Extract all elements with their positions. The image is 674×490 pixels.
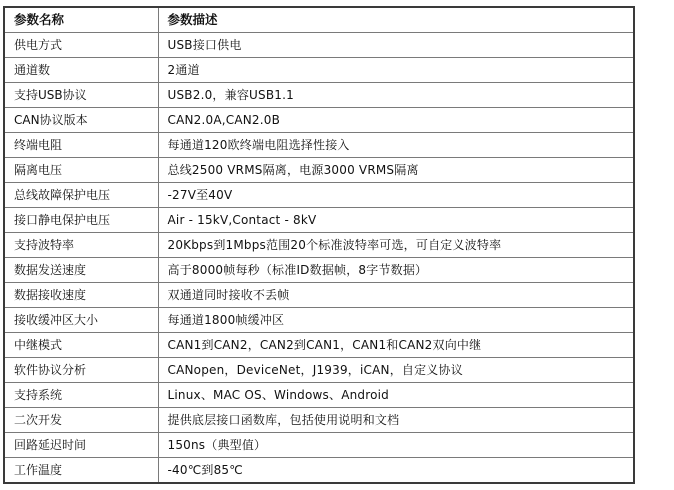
table-row: CAN协议版本CAN2.0A,CAN2.0B	[4, 108, 634, 133]
table-row: 隔离电压总线2500 VRMS隔离，电源3000 VRMS隔离	[4, 158, 634, 183]
param-value: 高于8000帧每秒（标准ID数据帧，8字节数据）	[158, 258, 634, 283]
param-name: 接收缓冲区大小	[4, 308, 158, 333]
param-name: 终端电阻	[4, 133, 158, 158]
header-param-name: 参数名称	[4, 7, 158, 33]
param-value: -40℃到85℃	[158, 458, 634, 484]
param-value: USB2.0，兼容USB1.1	[158, 83, 634, 108]
table-header-row: 参数名称 参数描述	[4, 7, 634, 33]
table-row: 供电方式USB接口供电	[4, 33, 634, 58]
table-row: 接口静电保护电压Air - 15kV,Contact - 8kV	[4, 208, 634, 233]
param-name: 接口静电保护电压	[4, 208, 158, 233]
param-value: 总线2500 VRMS隔离，电源3000 VRMS隔离	[158, 158, 634, 183]
param-name: 支持波特率	[4, 233, 158, 258]
spec-table: 参数名称 参数描述 供电方式USB接口供电 通道数2通道 支持USB协议USB2…	[3, 6, 635, 484]
param-value: 提供底层接口函数库，包括使用说明和文档	[158, 408, 634, 433]
table-row: 中继模式CAN1到CAN2，CAN2到CAN1，CAN1和CAN2双向中继	[4, 333, 634, 358]
table-row: 二次开发提供底层接口函数库，包括使用说明和文档	[4, 408, 634, 433]
param-value: 双通道同时接收不丢帧	[158, 283, 634, 308]
param-name: 二次开发	[4, 408, 158, 433]
table-row: 工作温度-40℃到85℃	[4, 458, 634, 484]
table-row: 接收缓冲区大小每通道1800帧缓冲区	[4, 308, 634, 333]
param-name: 软件协议分析	[4, 358, 158, 383]
table-row: 终端电阻每通道120欧终端电阻选择性接入	[4, 133, 634, 158]
param-name: 总线故障保护电压	[4, 183, 158, 208]
param-name: 中继模式	[4, 333, 158, 358]
param-value: 每通道120欧终端电阻选择性接入	[158, 133, 634, 158]
param-name: 回路延迟时间	[4, 433, 158, 458]
param-name: 数据发送速度	[4, 258, 158, 283]
table-row: 回路延迟时间150ns（典型值）	[4, 433, 634, 458]
header-param-desc: 参数描述	[158, 7, 634, 33]
param-value: Air - 15kV,Contact - 8kV	[158, 208, 634, 233]
param-value: CANopen，DeviceNet，J1939，iCAN，自定义协议	[158, 358, 634, 383]
param-value: 20Kbps到1Mbps范围20个标准波特率可选，可自定义波特率	[158, 233, 634, 258]
param-value: 2通道	[158, 58, 634, 83]
table-row: 支持波特率20Kbps到1Mbps范围20个标准波特率可选，可自定义波特率	[4, 233, 634, 258]
param-value: -27V至40V	[158, 183, 634, 208]
param-value: Linux、MAC OS、Windows、Android	[158, 383, 634, 408]
table-row: 数据接收速度双通道同时接收不丢帧	[4, 283, 634, 308]
table-row: 数据发送速度高于8000帧每秒（标准ID数据帧，8字节数据）	[4, 258, 634, 283]
param-name: CAN协议版本	[4, 108, 158, 133]
param-name: 数据接收速度	[4, 283, 158, 308]
param-name: 支持系统	[4, 383, 158, 408]
param-value: USB接口供电	[158, 33, 634, 58]
table-row: 软件协议分析CANopen，DeviceNet，J1939，iCAN，自定义协议	[4, 358, 634, 383]
param-name: 通道数	[4, 58, 158, 83]
table-row: 通道数2通道	[4, 58, 634, 83]
param-value: 每通道1800帧缓冲区	[158, 308, 634, 333]
param-value: 150ns（典型值）	[158, 433, 634, 458]
table-row: 支持USB协议USB2.0，兼容USB1.1	[4, 83, 634, 108]
param-name: 隔离电压	[4, 158, 158, 183]
param-name: 供电方式	[4, 33, 158, 58]
param-value: CAN1到CAN2，CAN2到CAN1，CAN1和CAN2双向中继	[158, 333, 634, 358]
table-row: 支持系统Linux、MAC OS、Windows、Android	[4, 383, 634, 408]
param-value: CAN2.0A,CAN2.0B	[158, 108, 634, 133]
param-name: 工作温度	[4, 458, 158, 484]
table-row: 总线故障保护电压-27V至40V	[4, 183, 634, 208]
param-name: 支持USB协议	[4, 83, 158, 108]
